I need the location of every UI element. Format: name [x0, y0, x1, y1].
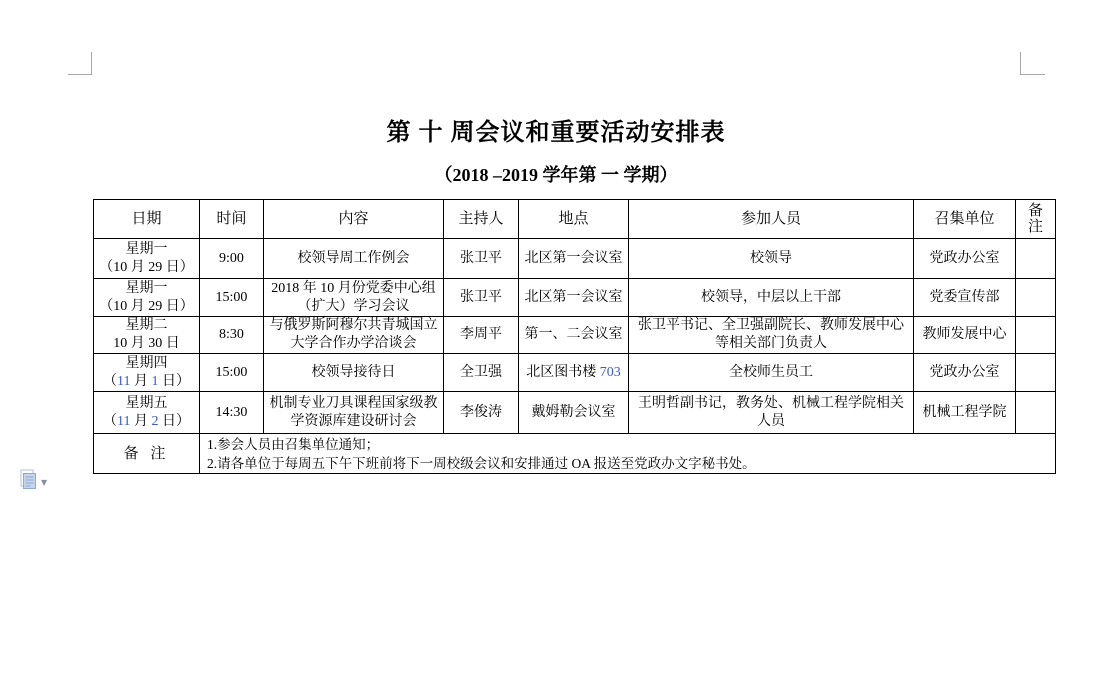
- cell-participants: 校领导，中层以上干部: [629, 279, 914, 317]
- remark-label: 备 注: [94, 434, 200, 474]
- header-organizer: 召集单位: [914, 200, 1016, 239]
- cell-note: [1016, 392, 1056, 434]
- cell-participants: 王明哲副书记，教务处、机械工程学院相关 人员: [629, 392, 914, 434]
- table-row: 星期一 （10 月 29 日） 9:00 校领导周工作例会 张卫平 北区第一会议…: [94, 239, 1056, 279]
- cell-location: 北区第一会议室: [519, 279, 629, 317]
- cell-organizer: 党政办公室: [914, 354, 1016, 392]
- header-location: 地点: [519, 200, 629, 239]
- cell-date: 星期一 （10 月 29 日）: [94, 279, 200, 317]
- cell-host: 李周平: [444, 317, 519, 354]
- crop-mark-top-right: [1020, 52, 1021, 75]
- remark-content: 1.参会人员由召集单位通知； 2.请各单位于每周五下午下班前将下一周校级会议和安…: [200, 434, 1056, 474]
- header-date: 日期: [94, 200, 200, 239]
- header-time: 时间: [200, 200, 264, 239]
- cell-note: [1016, 279, 1056, 317]
- cell-time: 15:00: [200, 354, 264, 392]
- cell-time: 8:30: [200, 317, 264, 354]
- cell-date: 星期二 10 月 30 日: [94, 317, 200, 354]
- cell-content: 2018 年 10 月份党委中心组 （扩大）学习会议: [264, 279, 444, 317]
- table-row: 星期五 （11 月 2 日） 14:30 机制专业刀具课程国家级教 学资源库建设…: [94, 392, 1056, 434]
- header-note-line1: 备: [1018, 203, 1053, 219]
- cell-content: 校领导接待日: [264, 354, 444, 392]
- cell-participants: 校领导: [629, 239, 914, 279]
- table-row: 星期四 （11 月 1 日） 15:00 校领导接待日 全卫强 北区图书楼 70…: [94, 354, 1056, 392]
- cell-location: 北区第一会议室: [519, 239, 629, 279]
- header-note: 备 注: [1016, 200, 1056, 239]
- table-row: 星期一 （10 月 29 日） 15:00 2018 年 10 月份党委中心组 …: [94, 279, 1056, 317]
- schedule-table: 日期 时间 内容 主持人 地点 参加人员 召集单位 备 注 星期一 （10 月 …: [93, 199, 1056, 474]
- table-row: 星期二 10 月 30 日 8:30 与俄罗斯阿穆尔共青城国立 大学合作办学洽谈…: [94, 317, 1056, 354]
- crop-mark-top-left: [91, 52, 92, 75]
- header-participants: 参加人员: [629, 200, 914, 239]
- page-subtitle: （2018 –2019 学年第 一 学期）: [0, 161, 1112, 187]
- header-content: 内容: [264, 200, 444, 239]
- crop-mark-top-left: [68, 74, 92, 75]
- cell-organizer: 教师发展中心: [914, 317, 1016, 354]
- header-note-line2: 注: [1018, 219, 1053, 235]
- remark-line2: 2.请各单位于每周五下午下班前将下一周校级会议和安排通过 OA 报送至党政办文字…: [207, 454, 1053, 473]
- cell-host: 全卫强: [444, 354, 519, 392]
- cell-content: 与俄罗斯阿穆尔共青城国立 大学合作办学洽谈会: [264, 317, 444, 354]
- remark-row: 备 注 1.参会人员由召集单位通知； 2.请各单位于每周五下午下班前将下一周校级…: [94, 434, 1056, 474]
- remark-line1: 1.参会人员由召集单位通知；: [207, 435, 1053, 454]
- header-host: 主持人: [444, 200, 519, 239]
- cell-host: 李俊涛: [444, 392, 519, 434]
- cell-note: [1016, 354, 1056, 392]
- cell-organizer: 机械工程学院: [914, 392, 1016, 434]
- cell-content: 校领导周工作例会: [264, 239, 444, 279]
- cell-note: [1016, 239, 1056, 279]
- cell-participants: 全校师生员工: [629, 354, 914, 392]
- cell-date: 星期五 （11 月 2 日）: [94, 392, 200, 434]
- table-header-row: 日期 时间 内容 主持人 地点 参加人员 召集单位 备 注: [94, 200, 1056, 239]
- paste-options-icon: [20, 469, 37, 495]
- cell-note: [1016, 317, 1056, 354]
- paste-options-button[interactable]: ▼: [20, 468, 60, 496]
- cell-participants: 张卫平书记、全卫强副院长、教师发展中心 等相关部门负责人: [629, 317, 914, 354]
- crop-mark-top-right: [1020, 74, 1045, 75]
- cell-organizer: 党委宣传部: [914, 279, 1016, 317]
- cell-host: 张卫平: [444, 239, 519, 279]
- cell-date: 星期一 （10 月 29 日）: [94, 239, 200, 279]
- cell-time: 15:00: [200, 279, 264, 317]
- cell-location: 第一、二会议室: [519, 317, 629, 354]
- cell-content: 机制专业刀具课程国家级教 学资源库建设研讨会: [264, 392, 444, 434]
- document-page: 第 十 周会议和重要活动安排表 （2018 –2019 学年第 一 学期） 日期…: [0, 0, 1112, 698]
- cell-organizer: 党政办公室: [914, 239, 1016, 279]
- cell-date: 星期四 （11 月 1 日）: [94, 354, 200, 392]
- dropdown-caret-icon[interactable]: ▼: [41, 477, 47, 487]
- page-title: 第 十 周会议和重要活动安排表: [0, 112, 1112, 147]
- cell-location: 北区图书楼 703: [519, 354, 629, 392]
- cell-location: 戴姆勒会议室: [519, 392, 629, 434]
- cell-time: 9:00: [200, 239, 264, 279]
- cell-time: 14:30: [200, 392, 264, 434]
- cell-host: 张卫平: [444, 279, 519, 317]
